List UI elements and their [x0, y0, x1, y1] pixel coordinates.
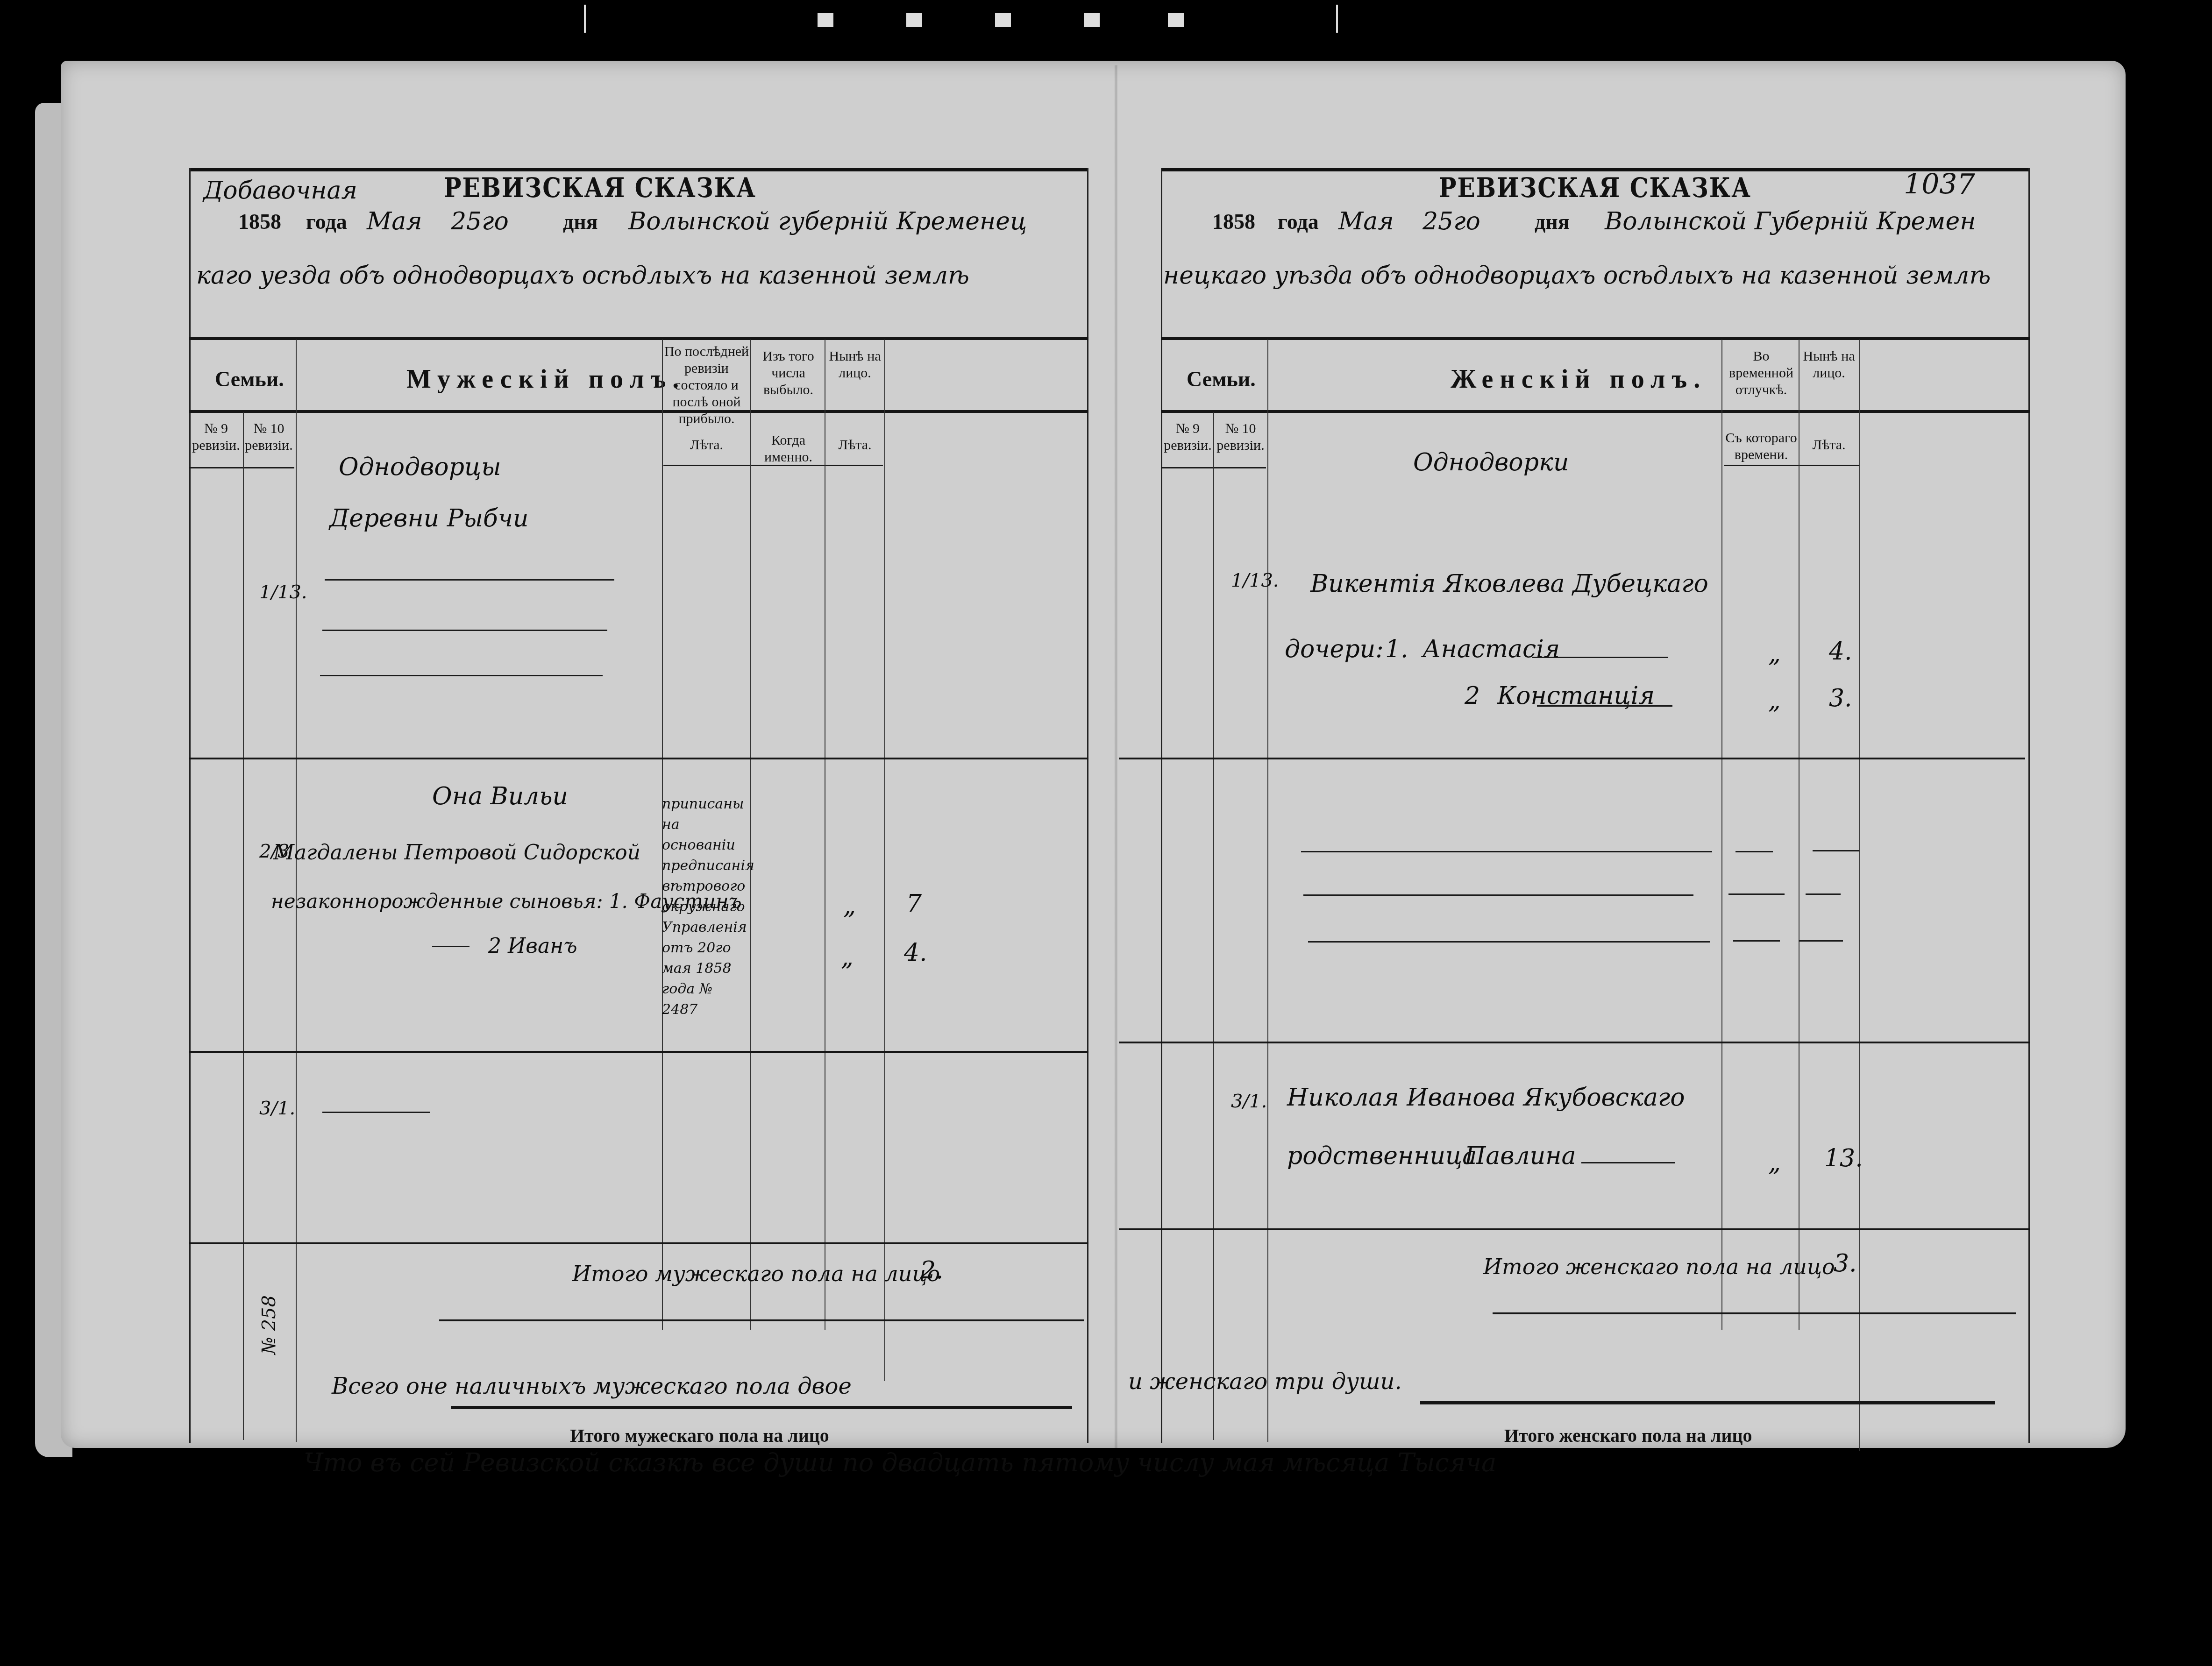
header-last-revision: По послѣдней ревизіи состояло и послѣ он… [663, 343, 750, 427]
family-number: 1/13. [259, 581, 307, 603]
header-families: Семьи. [215, 367, 284, 391]
daughter-1-age: 4. [1829, 638, 1852, 666]
relative-absence: „ [1768, 1149, 1781, 1177]
daughter-2-absence: „ [1768, 687, 1781, 715]
daughters-label: дочери: [1285, 635, 1384, 663]
mother-entry: Магдалены Петровой Сидорской [273, 841, 640, 865]
date-day: 25го [1423, 207, 1480, 235]
header-present: Нынѣ на лицо. [1801, 348, 1857, 382]
header-years: Лѣта. [663, 437, 750, 454]
section-heading-2: Она Вильи [432, 782, 568, 810]
male-total-value: 2. [920, 1256, 944, 1284]
header-years: Лѣта. [1801, 437, 1857, 454]
place-line: каго уезда объ однодворцахъ осѣдлыхъ на … [196, 262, 969, 290]
header-rev9: № 9 ревизіи. [192, 420, 241, 454]
header-present: Нынѣ на лицо. [827, 348, 883, 382]
header-rev9: № 9 ревизіи. [1163, 420, 1212, 454]
printed-female-total: Итого женскаго пола на лицо [1504, 1425, 1752, 1446]
daughter-1-absence: „ [1768, 640, 1781, 668]
section-heading: Однодворцы [339, 453, 501, 481]
daughter-1-no: 1. [1385, 635, 1408, 663]
date-day-label: дня [563, 209, 598, 234]
top-rule [189, 168, 1088, 171]
form-title: РЕВИЗСКАЯ СКАЗКА [444, 172, 756, 204]
head-of-family-3: Николая Иванова Якубовскаго [1287, 1084, 1685, 1112]
head-of-family: Викентія Яковлева Дубецкаго [1310, 570, 1708, 598]
female-total-value: 3. [1834, 1249, 1857, 1277]
header-male: Мужескій полъ. [406, 364, 685, 394]
header-families: Семьи. [1187, 367, 1256, 391]
header-rev10: № 10 ревизіи. [1216, 420, 1265, 454]
date-year-label: года [1278, 209, 1319, 234]
family-number: 1/13. [1231, 570, 1279, 591]
date-year-label: года [306, 209, 347, 234]
annotation-additional: Добавочная [203, 177, 357, 205]
header-when: Когда именно. [752, 432, 825, 466]
date-year: 1858 [238, 209, 281, 234]
son-2: 2 Иванъ [488, 934, 577, 958]
female-total-line: Итого женскаго пола на лицо [1483, 1254, 1835, 1279]
scan-calibration-strip [584, 0, 1345, 51]
relative-age: 13. [1824, 1144, 1863, 1172]
daughter-1-name: Анастасія [1423, 635, 1560, 663]
date-year: 1858 [1212, 209, 1255, 234]
son2-dropped: „ [841, 943, 854, 971]
son1-age: 7 [906, 890, 922, 918]
daughter-2-age: 3. [1829, 684, 1852, 712]
header-years-2: Лѣта. [827, 437, 883, 454]
family-number-3: 3/1. [259, 1098, 295, 1119]
registration-note: приписаны на основаніи предписанія вѣтро… [662, 794, 751, 1020]
page-number: 1037 [1904, 168, 1975, 201]
certification-footer-line: Что въ сей Ревизской сказкѣ все души по … [304, 1448, 1496, 1477]
top-rule [1161, 168, 2030, 171]
male-summary-line: Всего оне наличныхъ мужескаго пола двое [332, 1373, 852, 1399]
header-female: Женскій полъ. [1451, 364, 1707, 394]
printed-male-total: Итого мужескаго пола на лицо [570, 1425, 829, 1446]
place-line: нецкаго уѣзда объ однодворцахъ осѣдлыхъ … [1163, 262, 1991, 290]
village-name: Деревни Рыбчи [329, 504, 529, 532]
date-day-label: дня [1535, 209, 1570, 234]
header-temp-absence: Во временной отлучкѣ. [1724, 348, 1799, 398]
header-dropped: Изъ того числа выбыло. [752, 348, 825, 398]
date-day: 25го [451, 207, 509, 235]
date-place: Волынской губерній Кременец [628, 207, 1027, 235]
relative-name: Павлина [1465, 1142, 1576, 1170]
date-month: Мая [367, 207, 422, 235]
date-month: Мая [1338, 207, 1394, 235]
date-place: Волынской Губерній Кремен [1605, 207, 1976, 235]
son1-dropped: „ [843, 892, 856, 920]
son2-age: 4. [904, 939, 927, 967]
family-number-3: 3/1. [1231, 1091, 1267, 1112]
header-since: Съ котораго времени. [1724, 430, 1799, 463]
relation: родственница [1287, 1142, 1477, 1170]
female-summary-line: и женскаго три души. [1128, 1368, 1402, 1395]
header-rev10: № 10 ревизіи. [244, 420, 293, 454]
book-gutter [1114, 65, 1118, 1448]
male-total-line: Итого мужескаго пола на лицо [572, 1261, 940, 1286]
form-title: РЕВИЗСКАЯ СКАЗКА [1439, 172, 1751, 204]
daughter-2-no: 2 [1465, 682, 1480, 710]
section-heading: Однодворки [1413, 448, 1569, 476]
margin-number: № 258 [258, 1295, 280, 1354]
